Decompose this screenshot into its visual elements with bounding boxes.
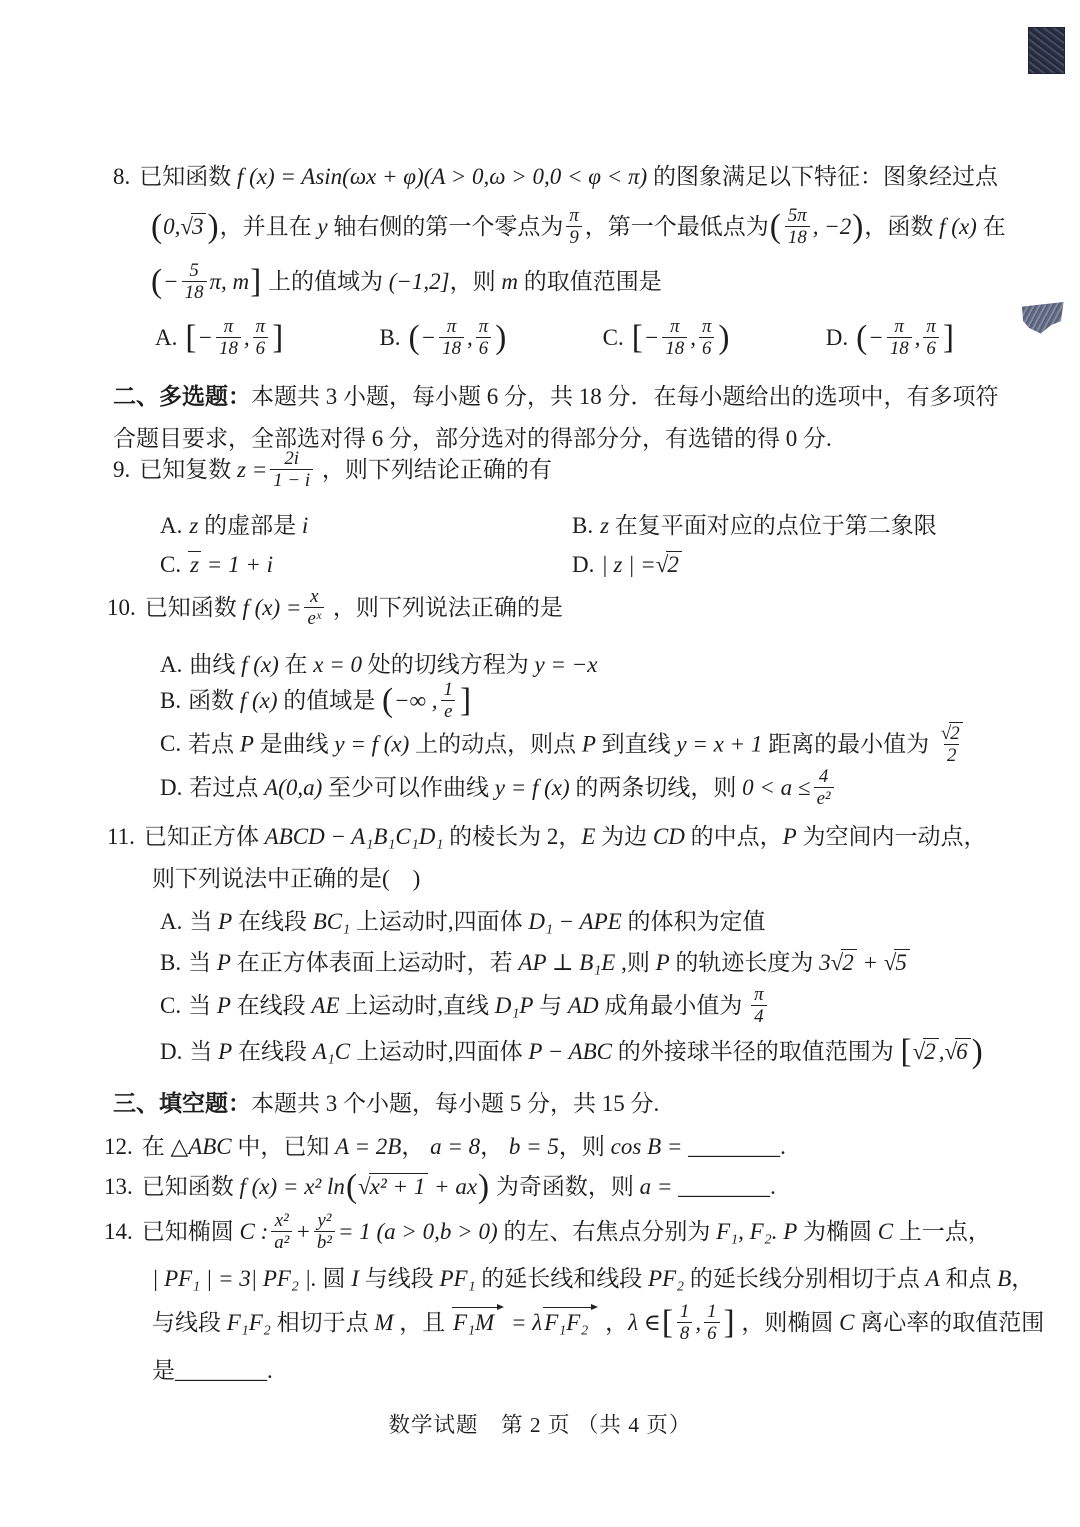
math-run: a = 8 <box>430 1134 480 1159</box>
q8-stem-line-3: (−518π, m] 上的值域为 (−1,2]，则 m 的取值范围是 <box>150 262 662 305</box>
denominator: 6 <box>253 337 268 359</box>
numerator: π <box>923 316 938 337</box>
math-run: a = <box>640 1174 679 1199</box>
math-run: , <box>467 325 473 350</box>
vector-expr: F₁M <box>451 1307 505 1336</box>
numerator: π <box>253 316 268 337</box>
math-run: A₁C <box>313 1039 350 1064</box>
math-run: cos B = <box>611 1134 688 1159</box>
numerator: x <box>307 586 321 607</box>
math-run: − <box>163 269 179 294</box>
denominator: 18 <box>785 226 810 248</box>
math-run: AP ⊥ B₁E <box>518 950 615 975</box>
big-delimiter: ) <box>494 319 507 356</box>
sqrt: √2 <box>656 552 682 577</box>
math-run: − <box>421 325 437 350</box>
text-run: 已知函数 <box>139 164 237 189</box>
q14-stem-line-1: 14.已知椭圆 C :x²a²+y²b²= 1 (a > 0,b > 0) 的左… <box>104 1212 991 1255</box>
numerator: 1 <box>441 679 456 700</box>
text-run: ，则 <box>450 269 502 294</box>
text-run: . <box>267 1358 273 1383</box>
text-run: 已知椭圆 <box>142 1219 240 1244</box>
text-run: 与线段 <box>152 1310 227 1335</box>
math-run: P <box>217 993 231 1018</box>
sqrt: √6 <box>945 1039 971 1064</box>
math-run: = 1 + i <box>201 552 273 577</box>
text-run: 为奇函数，则 <box>490 1174 640 1199</box>
text-run: 距离的最小值为 <box>762 731 935 756</box>
math-run: P <box>783 1219 797 1244</box>
text-run: ， <box>599 1310 628 1335</box>
text-run: ，函数 <box>864 214 939 239</box>
text-run: 在 <box>142 1134 171 1159</box>
sqrt: √2 <box>913 1039 939 1064</box>
option-label: D. <box>572 552 594 577</box>
math-run: F₁F₂ <box>227 1310 271 1335</box>
big-delimiter: ) <box>717 319 730 356</box>
text-run: 在线段 <box>231 993 312 1018</box>
conjugate-bar: z <box>188 551 201 578</box>
math-run: P <box>217 950 231 975</box>
math-run: m <box>501 269 518 294</box>
math-run: f (x) <box>240 688 278 713</box>
big-delimiter: ] <box>942 319 955 356</box>
math-run: △ABC <box>171 1134 232 1159</box>
math-run: 3 <box>819 950 831 975</box>
text-run: 与 <box>533 993 568 1018</box>
math-run: y <box>317 214 327 239</box>
numerator: π <box>221 316 236 337</box>
denominator: 8 <box>677 1322 692 1344</box>
text-run: 轴右侧的第一个零点为 <box>328 214 564 239</box>
denominator: 18 <box>182 281 207 303</box>
math-run: | z | = <box>601 552 655 577</box>
q10-option-c: C.若点 P 是曲线 y = f (x) 上的动点，则点 P 到直线 y = x… <box>160 724 969 768</box>
math-run: f (x) = x² ln <box>240 1174 345 1199</box>
text-run: 在 <box>279 652 314 677</box>
math-run: AD <box>568 993 599 1018</box>
denominator: 18 <box>439 337 464 359</box>
denominator: 6 <box>476 337 491 359</box>
sqrt: √3 <box>180 214 206 239</box>
math-run: B <box>997 1266 1011 1291</box>
text-run: . <box>770 1174 776 1199</box>
q8-stem-line-2: (0,√3)，并且在 y 轴右侧的第一个零点为π9，第一个最低点为(5π18, … <box>150 207 1006 250</box>
math-run: I <box>351 1266 359 1291</box>
text-run: 处的切线方程为 <box>362 652 535 677</box>
math-run: A <box>926 1266 940 1291</box>
math-run: y = −x <box>535 652 598 677</box>
section-2-header-line-1: 二、多选题：本题共 3 小题，每小题 6 分，共 18 分．在每小题给出的选项中… <box>113 378 999 411</box>
math-run: C <box>839 1310 854 1335</box>
answer-blank: ________ <box>688 1134 780 1159</box>
math-run: b = 5 <box>509 1134 559 1159</box>
big-delimiter: ( <box>345 1168 358 1205</box>
big-delimiter: [ <box>661 1304 674 1341</box>
big-delimiter: ( <box>408 319 421 356</box>
fraction: π6 <box>699 316 714 359</box>
text-run: 在 <box>977 214 1006 239</box>
fraction: π18 <box>439 316 464 359</box>
sqrt: √5 <box>884 950 910 975</box>
vector-text: F₁F₂ <box>544 1310 588 1335</box>
big-delimiter: ) <box>851 208 864 245</box>
q10-option-a: A.曲线 f (x) 在 x = 0 处的切线方程为 y = −x <box>160 646 598 679</box>
text-run: 上运动时,直线 <box>340 993 495 1018</box>
page-footer: 数学试题 第 2 页 （共 4 页） <box>0 1408 1080 1439</box>
math-run: , <box>690 325 696 350</box>
section-3-header: 三、填空题：本题共 3 个小题，每小题 5 分，共 15 分. <box>113 1085 659 1118</box>
fraction: π18 <box>216 316 241 359</box>
option-label: A. <box>155 325 177 350</box>
text-run: 中，已知 <box>232 1134 336 1159</box>
numerator: 1 <box>677 1301 692 1322</box>
option-label: D. <box>826 325 848 350</box>
option-b: B.z 在复平面对应的点位于第二象限 <box>572 513 937 538</box>
q9-options-row-1: A.z 的虚部是 iB.z 在复平面对应的点位于第二象限 <box>160 507 937 540</box>
math-run: , <box>244 325 250 350</box>
math-run: 0 < a ≤ <box>742 775 810 800</box>
text-run: 和点 <box>940 1266 998 1291</box>
radicand: 2 <box>949 722 962 744</box>
question-number: 12. <box>104 1134 133 1159</box>
math-run: (−1,2] <box>389 269 450 294</box>
text-run: 曲线 <box>189 652 241 677</box>
scan-artifact-smudge <box>1021 302 1064 335</box>
text-run: 合题目要求，全部选对得 6 分，部分选对的得部分分，有选错的得 0 分. <box>113 426 832 451</box>
math-run: F₁, F₂. <box>716 1219 777 1244</box>
denominator: b² <box>314 1231 335 1253</box>
denominator: 6 <box>923 337 938 359</box>
numerator: 4 <box>816 766 831 787</box>
text-run: ，并且在 <box>220 214 318 239</box>
sqrt: √x² + 1 <box>358 1174 428 1199</box>
fraction: π18 <box>662 316 687 359</box>
q8-stem-line-1: 8.已知函数 f (x) = Asin(ωx + φ)(A > 0,ω > 0,… <box>113 158 998 191</box>
q11-option-d: D.当 P 在线段 A₁C 上运动时,四面体 P − ABC 的外接球半径的取值… <box>160 1033 984 1073</box>
question-number: 8. <box>113 164 130 189</box>
math-run: λ ∈ <box>628 1310 661 1335</box>
math-run: z = <box>237 457 267 482</box>
text-run: 若点 <box>188 731 240 756</box>
radicand: 2 <box>841 949 857 976</box>
text-run: 到直线 <box>596 731 677 756</box>
q10-stem: 10.已知函数 f (x) =xeˣ ，则下列说法正确的是 <box>107 588 563 631</box>
denominator: e² <box>814 787 834 809</box>
text-run: 当 <box>189 1039 218 1064</box>
text-run: 为空间内一动点， <box>797 824 987 849</box>
text-run: 函数 <box>188 688 240 713</box>
numerator: 5 <box>186 260 201 281</box>
math-run: i <box>302 513 308 538</box>
option-label: C. <box>160 993 181 1018</box>
text-run: 当 <box>189 909 218 934</box>
numerator: π <box>892 316 907 337</box>
numerator: π <box>751 984 766 1005</box>
question-number: 11. <box>107 824 135 849</box>
text-run: ，第一个最低点为 <box>585 214 769 239</box>
numerator: π <box>667 316 682 337</box>
radicand: 2 <box>666 551 682 578</box>
fraction: 1e <box>441 679 456 722</box>
text-run: 上运动时,四面体 <box>350 909 528 934</box>
option-d: D.(−π18,π6] <box>826 318 955 361</box>
exam-page: 8.已知函数 f (x) = Asin(ωx + φ)(A > 0,ω > 0,… <box>0 0 1080 1527</box>
option-label: D. <box>160 1039 182 1064</box>
question-number: 14. <box>104 1219 133 1244</box>
math-run: f (x) = <box>243 595 302 620</box>
option-a: A.[−π18,π6] <box>155 318 284 361</box>
math-run: − <box>868 325 884 350</box>
math-run: = λ <box>505 1310 542 1335</box>
text-run: ， <box>401 1134 430 1159</box>
option-label: C. <box>603 325 624 350</box>
option-label: C. <box>160 552 181 577</box>
math-run: y = f (x) <box>495 775 570 800</box>
text-run: 在线段 <box>232 909 313 934</box>
denominator: 2 <box>944 744 959 766</box>
math-run: M <box>374 1310 393 1335</box>
math-run: π, m <box>210 269 250 294</box>
text-run: 在正方体表面上运动时，若 <box>231 950 519 975</box>
math-run: D₁P <box>495 993 534 1018</box>
vector-text: F₁M <box>453 1310 494 1335</box>
text-run: ,则 <box>615 950 655 975</box>
scan-artifact-square <box>1028 27 1065 74</box>
text-run: 已知复数 <box>139 457 237 482</box>
option-label: B. <box>160 688 181 713</box>
text-run: 至少可以作曲线 <box>322 775 495 800</box>
denominator: 9 <box>566 226 581 248</box>
math-run: A = 2B <box>335 1134 401 1159</box>
denominator: a² <box>271 1231 292 1253</box>
text-run: 的延长线分别相切于点 <box>684 1266 926 1291</box>
math-run: − <box>644 325 660 350</box>
big-delimiter: ] <box>271 319 284 356</box>
option-label: A. <box>160 909 182 934</box>
numerator: π <box>566 205 581 226</box>
text-run: ，则椭圆 <box>736 1310 840 1335</box>
math-run: P <box>582 731 596 756</box>
denominator: eˣ <box>304 607 324 629</box>
text-run: 的两条切线，则 <box>570 775 743 800</box>
text-run: 在线段 <box>232 1039 313 1064</box>
fraction: y²b² <box>314 1210 335 1253</box>
text-run: 的体积为定值 <box>622 909 766 934</box>
math-run: P <box>656 950 670 975</box>
text-run: 的取值范围是 <box>518 269 662 294</box>
math-run: , <box>915 325 921 350</box>
text-run: ，则 <box>559 1134 611 1159</box>
footer-text: 数学试题 第 2 页 （共 4 页） <box>389 1413 692 1437</box>
numerator: 5π <box>785 205 810 226</box>
math-run: f (x) <box>939 214 977 239</box>
text-run: 的图象满足以下特征：图象经过点 <box>647 164 998 189</box>
math-run: 0, <box>163 214 180 239</box>
radicand: x² + 1 <box>369 1173 429 1200</box>
question-number: 10. <box>107 595 136 620</box>
math-run: P <box>218 1039 232 1064</box>
text-run: 本题共 3 个小题，每小题 5 分，共 15 分. <box>251 1091 659 1116</box>
numerator: π <box>699 316 714 337</box>
text-run: 上的动点，则点 <box>409 731 582 756</box>
math-run: y = x + 1 <box>676 731 762 756</box>
fraction: π6 <box>253 316 268 359</box>
math-run: PF₂ <box>648 1266 684 1291</box>
q11-option-a: A.当 P 在线段 BC₁ 上运动时,四面体 D₁ − APE 的体积为定值 <box>160 903 765 936</box>
fraction: 4e² <box>814 766 834 809</box>
text-run: 的延长线和线段 <box>476 1266 649 1291</box>
text-run: 上一点， <box>893 1219 991 1244</box>
fraction: x²a² <box>271 1210 292 1253</box>
text-run: 的值域是 <box>278 688 382 713</box>
math-run: C : <box>240 1219 269 1244</box>
option-d: D.| z | =√2 <box>572 552 682 577</box>
big-delimiter: [ <box>631 319 644 356</box>
text-run: 成角最小值为 <box>599 993 749 1018</box>
option-label: B. <box>160 950 181 975</box>
q9-stem: 9.已知复数 z =2i1 − i ，则下列结论正确的有 <box>113 450 552 493</box>
text-run: ，则下列结论正确的有 <box>316 457 552 482</box>
denominator: 18 <box>887 337 912 359</box>
text-run: 的左、右焦点分别为 <box>498 1219 717 1244</box>
text-run: 的虚部是 <box>198 513 302 538</box>
math-run: | PF₁ | = 3| PF₂ |. <box>152 1266 317 1291</box>
math-run: P <box>783 824 797 849</box>
fraction: 18 <box>677 1301 692 1344</box>
q12-stem: 12.在 △ABC 中，已知 A = 2B， a = 8， b = 5，则 co… <box>104 1128 786 1161</box>
radicand: 5 <box>894 949 910 976</box>
text-run: 本题共 3 小题，每小题 6 分，共 18 分．在每小题给出的选项中，有多项符 <box>251 384 999 409</box>
q11-stem-line-1: 11.已知正方体 ABCD − A₁B₁C₁D₁ 的棱长为 2，E 为边 CD … <box>107 818 986 851</box>
denominator: 4 <box>751 1005 766 1027</box>
section-title: 二、多选题： <box>113 384 251 409</box>
numerator: 1 <box>704 1301 719 1322</box>
option-b: B.(−π18,π6) <box>379 318 507 361</box>
option-label: B. <box>572 513 593 538</box>
option-label: A. <box>160 513 182 538</box>
big-delimiter: [ <box>184 319 197 356</box>
math-run: C <box>878 1219 893 1244</box>
text-run: . <box>780 1134 786 1159</box>
sqrt: √2 <box>941 723 963 744</box>
option-c: C.[−π18,π6) <box>603 318 731 361</box>
text-run: 已知函数 <box>142 1174 240 1199</box>
big-delimiter: ] <box>459 682 472 719</box>
math-run: CD <box>653 824 685 849</box>
fraction: 518 <box>182 260 207 303</box>
math-run: , −2 <box>813 214 852 239</box>
math-run: − <box>197 325 213 350</box>
fraction: π6 <box>923 316 938 359</box>
text-run: 已知函数 <box>145 595 243 620</box>
fraction: 2i1 − i <box>270 448 313 491</box>
q10-option-d: D.若过点 A(0,a) 至少可以作曲线 y = f (x) 的两条切线，则 0… <box>160 768 837 811</box>
big-delimiter: ) <box>971 1033 984 1070</box>
radicand: 2 <box>923 1038 939 1065</box>
option-a: A.z 的虚部是 i <box>160 507 572 540</box>
math-run: x = 0 <box>313 652 362 677</box>
fraction: π4 <box>751 984 766 1027</box>
text-run: 上运动时,四面体 <box>350 1039 528 1064</box>
numerator: 2i <box>281 448 302 469</box>
text-run: 当 <box>188 950 217 975</box>
denominator: 6 <box>699 337 714 359</box>
text-run: 则下列说法中正确的是( ) <box>152 866 420 891</box>
text-run: ，则下列说法正确的是 <box>327 595 563 620</box>
answer-blank: ________ <box>678 1174 770 1199</box>
section-title: 三、填空题： <box>113 1091 251 1116</box>
text-run: ， <box>480 1134 509 1159</box>
fraction: 16 <box>704 1301 719 1344</box>
math-run: z <box>600 513 609 538</box>
q14-stem-line-4: 是________. <box>152 1352 273 1385</box>
text-run: ， <box>1011 1266 1034 1291</box>
radicand: 3 <box>191 213 207 240</box>
text-run: 若过点 <box>189 775 264 800</box>
text-run: 的轨迹长度为 <box>670 950 820 975</box>
text-run: 当 <box>188 993 217 1018</box>
math-run: A(0,a) <box>264 775 322 800</box>
text-run: 已知正方体 <box>144 824 265 849</box>
text-run: ，且 <box>394 1310 452 1335</box>
text-run: 是 <box>152 1358 175 1383</box>
math-run: BC₁ <box>313 909 350 934</box>
numerator: √2 <box>938 722 966 744</box>
big-delimiter: ) <box>206 208 219 245</box>
math-run: + ax <box>428 1174 477 1199</box>
text-run: 与线段 <box>359 1266 440 1291</box>
numerator: π <box>444 316 459 337</box>
denominator: 18 <box>662 337 687 359</box>
math-run: y = f (x) <box>334 731 409 756</box>
question-number: 9. <box>113 457 130 482</box>
option-c: C.z = 1 + i <box>160 551 572 578</box>
math-run: f (x) <box>241 652 279 677</box>
fraction: √22 <box>938 722 966 766</box>
math-run: + <box>857 950 884 975</box>
denominator: 18 <box>216 337 241 359</box>
fraction: π9 <box>566 205 581 248</box>
denominator: 1 − i <box>270 469 313 491</box>
big-delimiter: [ <box>900 1033 913 1070</box>
fraction: xeˣ <box>304 586 324 629</box>
text-run: 的棱长为 2， <box>443 824 581 849</box>
denominator: 6 <box>704 1322 719 1344</box>
math-run: AE <box>311 993 339 1018</box>
big-delimiter: ( <box>769 208 782 245</box>
option-label: B. <box>379 325 400 350</box>
option-label: A. <box>160 652 182 677</box>
option-label: D. <box>160 775 182 800</box>
q8-options-row: A.[−π18,π6] B.(−π18,π6) C.[−π18,π6) D.(−… <box>155 318 955 361</box>
radicand: 6 <box>955 1038 971 1065</box>
numerator: y² <box>314 1210 334 1231</box>
q14-stem-line-3: 与线段 F₁F₂ 相切于点 M ，且 F₁M = λF₁F₂ ，λ ∈[18,1… <box>152 1303 1044 1346</box>
text-run: 为边 <box>595 824 653 849</box>
text-run: 离心率的取值范围 <box>855 1310 1045 1335</box>
q11-stem-line-2: 则下列说法中正确的是( ) <box>152 860 420 893</box>
big-delimiter: ( <box>381 682 394 719</box>
math-run: + <box>295 1219 311 1244</box>
q11-option-c: C.当 P 在线段 AE 上运动时,直线 D₁P 与 AD 成角最小值为 π4 <box>160 986 770 1029</box>
answer-blank: ________ <box>175 1358 267 1383</box>
text-run: 相切于点 <box>271 1310 375 1335</box>
fraction: π6 <box>476 316 491 359</box>
math-run: ABCD − A₁B₁C₁D₁ <box>265 824 444 849</box>
q11-option-b: B.当 P 在正方体表面上运动时，若 AP ⊥ B₁E ,则 P 的轨迹长度为 … <box>160 944 910 977</box>
math-run: −∞ , <box>394 688 437 713</box>
